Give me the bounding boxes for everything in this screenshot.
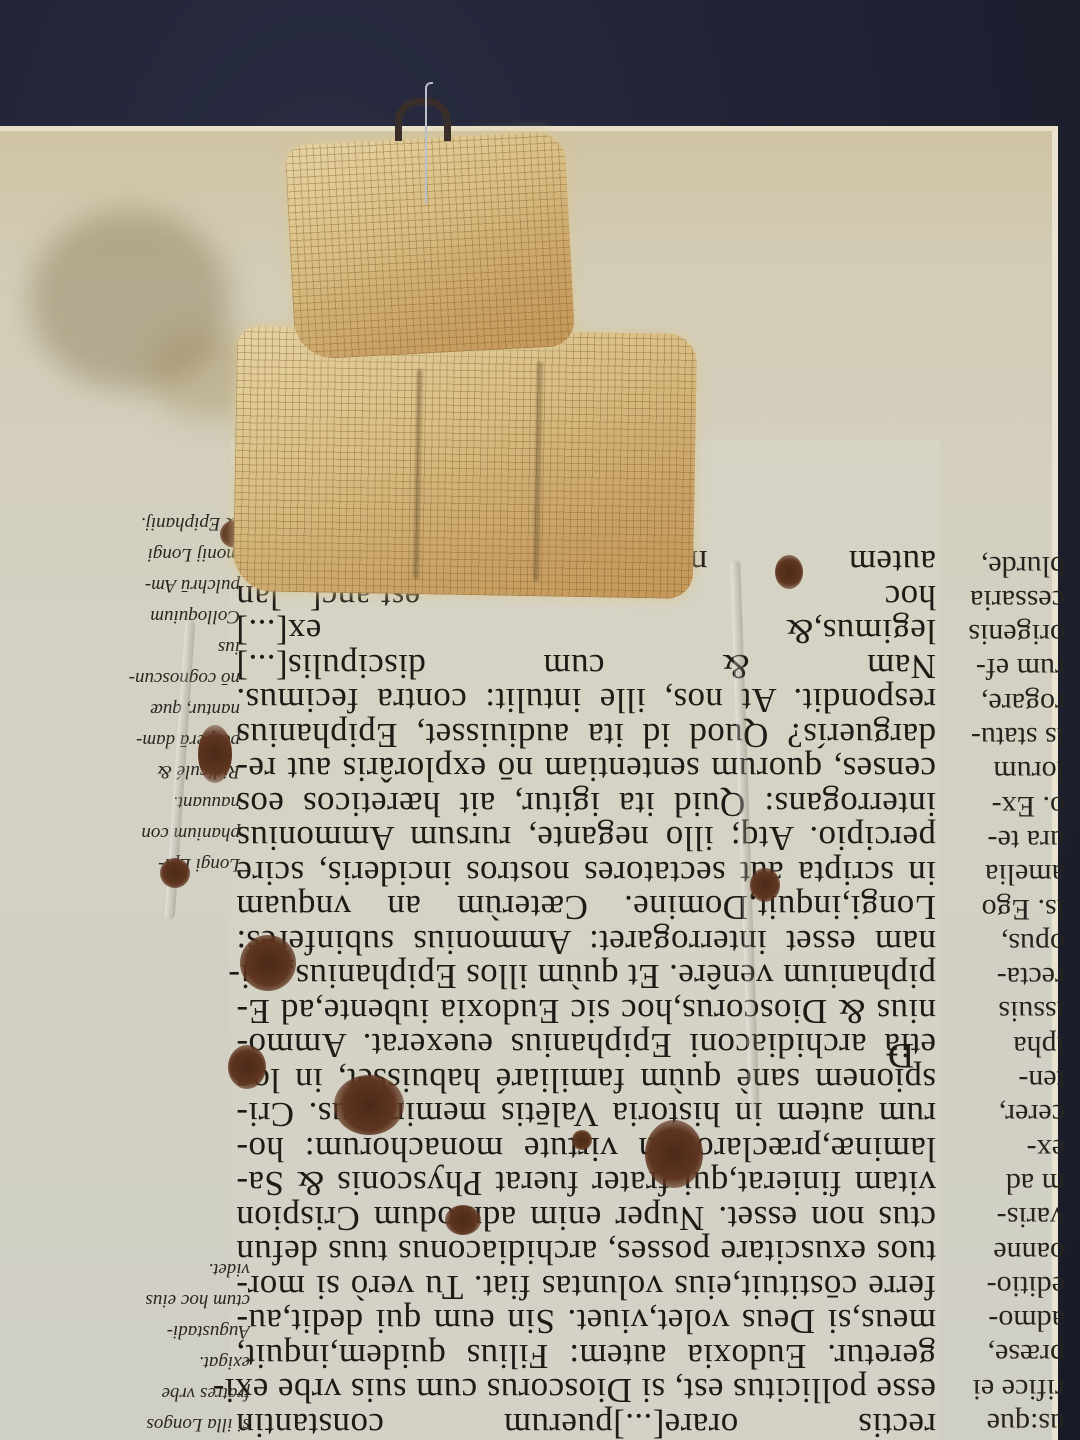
margin-note: nō cognoscun-: [60, 663, 240, 694]
margin-note: ctum hoc eius: [80, 1285, 250, 1316]
margin-note: nauuant.: [60, 787, 240, 818]
text-line: nam esset interrogaret: Ammonius subinfe…: [236, 925, 936, 960]
text-fragment: amelia: [935, 857, 1065, 891]
text-line: respondit. At nos, ille intulit: contra …: [236, 683, 936, 718]
rust-spot: [750, 868, 780, 902]
text-fragment: lorum: [935, 754, 1065, 788]
rust-spot: [334, 1075, 404, 1135]
rust-spot: [445, 1205, 481, 1235]
text-line: meus,si Deus volet,viuet. Sin eum qui de…: [236, 1304, 936, 1339]
text-line: tuos exuscitare posses, archidiaconus tu…: [236, 1235, 936, 1270]
text-fragment: is. Ego: [935, 891, 1065, 925]
text-fragment: ten-: [935, 1063, 1065, 1097]
margin-note: Augustadi-: [80, 1316, 250, 1347]
margin-note: pulchrū Am-: [60, 570, 240, 601]
rust-spot: [645, 1120, 703, 1188]
text-line: censes, quorum sententiam nō explorâris …: [236, 752, 936, 787]
left-margin-notes-bottom: si illa Longos fratres vrbe exigat. Augu…: [80, 1250, 250, 1440]
rust-spot: [240, 935, 296, 991]
margin-note: Colloquium: [60, 601, 240, 632]
text-line: esse pollicitus est, si Dioscorus cum su…: [236, 1373, 936, 1408]
rust-spot: [228, 1045, 266, 1089]
text-line: geretur. Eudoxia autem: Filius quidem,in…: [236, 1339, 936, 1374]
text-fragment: ura te-: [935, 823, 1065, 857]
text-fragment: recta-: [935, 960, 1065, 994]
text-fragment: ipha: [935, 1028, 1065, 1062]
text-line: ferre cōstituit,eius voluntas fiat. Tu v…: [236, 1270, 936, 1305]
text-line: etiā archidiaconi Epiphanius euexerat. A…: [236, 1028, 936, 1063]
text-fragment: rum ef-: [935, 651, 1065, 685]
hanger-hook: [395, 98, 451, 141]
text-fragment: opus,: [935, 926, 1065, 960]
text-line: darguerís? Quod id ita audiuisset, Epiph…: [236, 718, 936, 753]
text-line: nius & Dioscorus,hoc sic Eudoxia iubente…: [236, 994, 936, 1029]
text-line: percipio. Atq; illo negante, rursum Ammo…: [236, 821, 936, 856]
margin-note: Longi Epi-: [60, 849, 240, 880]
text-line: Longi,inquit,Domine. Cæterùm an vnquam: [236, 890, 936, 925]
text-line: in scripta aut sectatores nostros incide…: [236, 856, 936, 891]
margin-note: & Epiphanij.: [60, 508, 240, 539]
margin-note: ius: [60, 632, 240, 663]
board-top-edge: [0, 126, 1058, 131]
rust-spot: [160, 858, 190, 888]
text-fragment: issuis: [935, 994, 1065, 1028]
text-fragment: ex-: [935, 1131, 1065, 1165]
gauze-fold: [533, 361, 543, 581]
right-column-fragments: us:que rifice ei præse, admo- editio- oa…: [935, 440, 1065, 1440]
drop-initial: D: [888, 1035, 914, 1077]
text-fragment: us:que: [935, 1406, 1065, 1440]
text-fragment: rifice ei: [935, 1371, 1065, 1405]
rust-spot: [572, 1130, 592, 1150]
main-text-column: rectis orare[...]puerum constantin esse …: [236, 452, 936, 1440]
text-line: Nam & cum discipulis[...]: [236, 649, 936, 684]
text-fragment: cerer,: [935, 1097, 1065, 1131]
text-fragment: editio-: [935, 1269, 1065, 1303]
margin-note: nantur, quæ: [60, 694, 240, 725]
text-fragment: admo-: [935, 1303, 1065, 1337]
text-fragment: rogare,: [935, 685, 1065, 719]
text-line: vitam finierat,qui frater fuerat Physcon…: [236, 1166, 936, 1201]
text-fragment: præse,: [935, 1337, 1065, 1371]
text-fragment: m ad: [935, 1166, 1065, 1200]
hanger-wire: [425, 82, 433, 204]
text-fragment: o. Ex-: [935, 788, 1065, 822]
margin-note: monij Longi: [60, 539, 240, 570]
rust-spot: [198, 725, 232, 783]
margin-note: fratres vrbe: [80, 1378, 250, 1409]
text-line: rectis orare[...]puerum constantin: [236, 1408, 936, 1440]
text-line: piphanium venêre. Et quùm illos Epiphani…: [236, 959, 936, 994]
gauze-fold: [413, 369, 423, 579]
rust-spot: [775, 555, 803, 589]
text-fragment: oanne: [935, 1234, 1065, 1268]
text-fragment: origenis: [935, 617, 1065, 651]
text-fragment: cessaria: [935, 583, 1065, 617]
text-fragment: is statu-: [935, 720, 1065, 754]
text-fragment: varis-: [935, 1200, 1065, 1234]
text-line: interrogans: Quid ita igitur, ait hæreti…: [236, 787, 936, 822]
left-margin-notes: Longi Epi- phanium con nauuant. Ridiculé…: [60, 470, 240, 880]
margin-note: si illa Longos: [80, 1409, 250, 1440]
margin-note: videt.: [80, 1254, 250, 1285]
text-line: legimus,& ex[...]: [236, 614, 936, 649]
margin-note: exigat.: [80, 1347, 250, 1378]
gauze-patch-lower: [233, 326, 698, 599]
text-line: ctus non esset. Nuper enim admodum Crisp…: [236, 1201, 936, 1236]
text-fragment: blurde,: [935, 548, 1065, 582]
margin-note: phanium con: [60, 818, 240, 849]
